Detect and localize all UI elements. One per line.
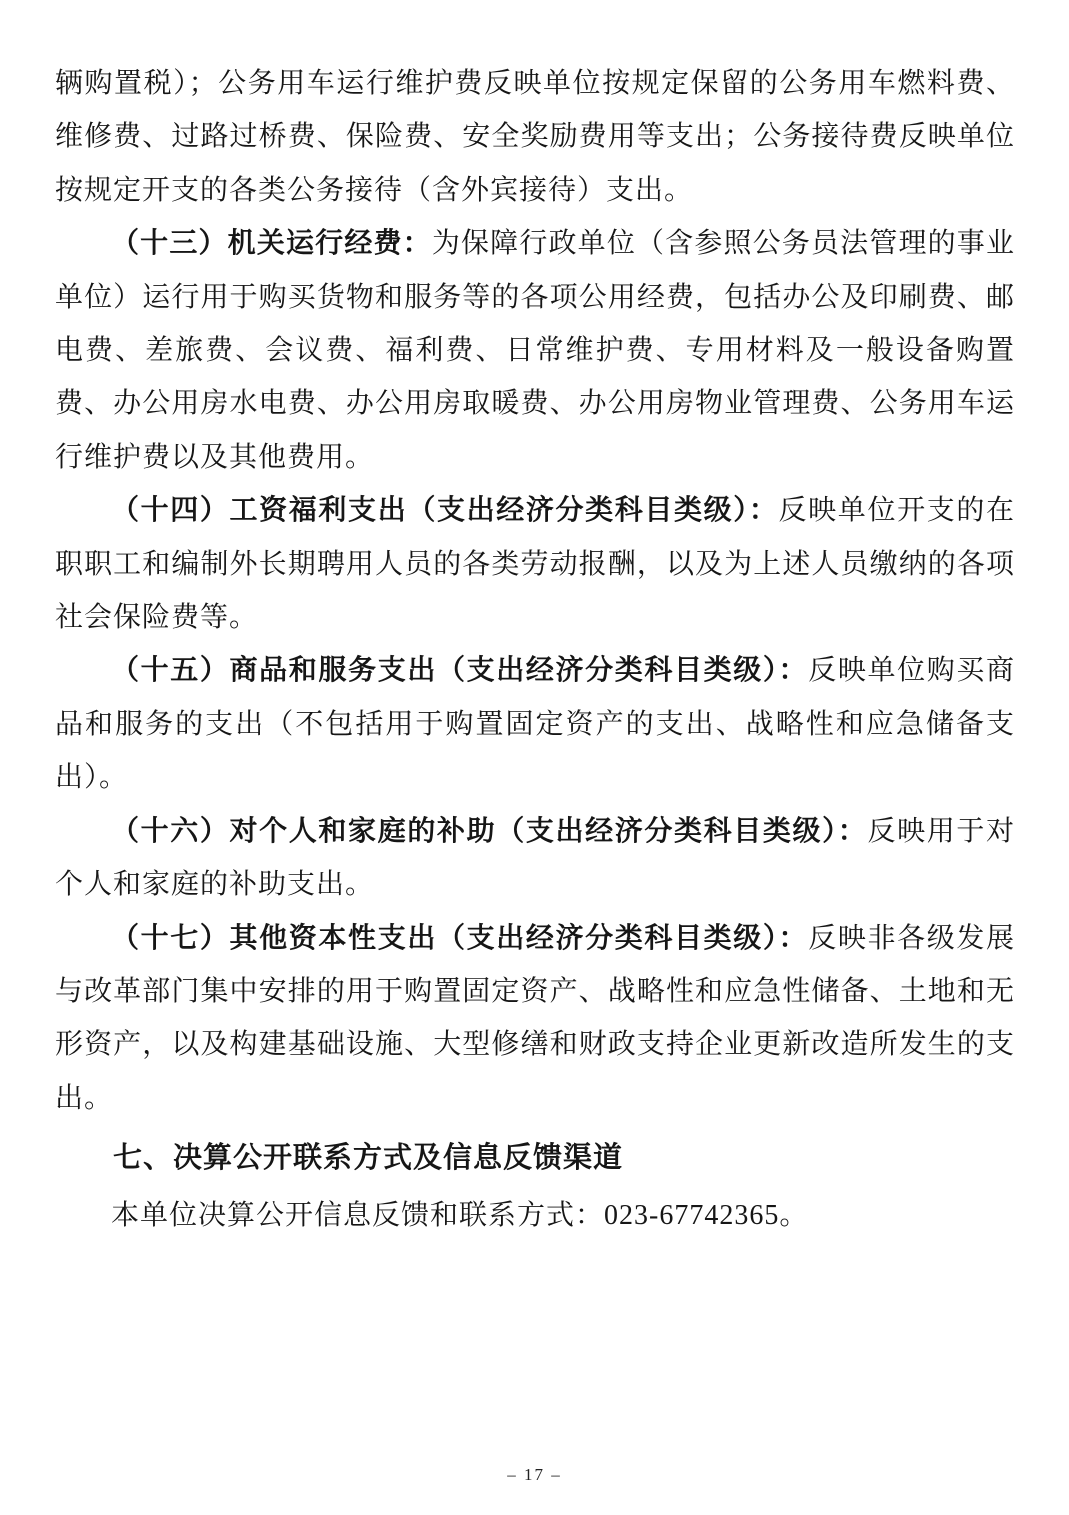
paragraph: （十六）对个人和家庭的补助（支出经济分类科目类级）：反映用于对个人和家庭的补助支…	[55, 805, 1015, 912]
paragraph: （十三）机关运行经费：为保障行政单位（含参照公务员法管理的事业单位）运行用于购买…	[55, 217, 1015, 484]
paragraph-text: 辆购置税）；公务用车运行维护费反映单位按规定保留的公务用车燃料费、维修费、过路过…	[55, 68, 1015, 206]
paragraph: 辆购置税）；公务用车运行维护费反映单位按规定保留的公务用车燃料费、维修费、过路过…	[55, 57, 1015, 217]
paragraph-text: 本单位决算公开信息反馈和联系方式：023-67742365。	[111, 1200, 808, 1231]
paragraph-lead: （十五）商品和服务支出（支出经济分类科目类级）：	[111, 655, 808, 686]
paragraph: （十五）商品和服务支出（支出经济分类科目类级）：反映单位购买商品和服务的支出（不…	[55, 644, 1015, 804]
section-heading: 七、决算公开联系方式及信息反馈渠道	[55, 1129, 1015, 1187]
paragraph-lead: （十七）其他资本性支出（支出经济分类科目类级）：	[111, 923, 808, 954]
paragraph: （十四）工资福利支出（支出经济分类科目类级）：反映单位开支的在职职工和编制外长期…	[55, 484, 1015, 644]
document-page: 辆购置税）；公务用车运行维护费反映单位按规定保留的公务用车燃料费、维修费、过路过…	[0, 0, 1069, 1515]
page-number: – 17 –	[0, 1465, 1069, 1485]
paragraph: （十七）其他资本性支出（支出经济分类科目类级）：反映非各级发展与改革部门集中安排…	[55, 912, 1015, 1126]
paragraph-lead: （十六）对个人和家庭的补助（支出经济分类科目类级）：	[111, 816, 867, 847]
paragraph-lead: （十四）工资福利支出（支出经济分类科目类级）：	[111, 495, 779, 526]
paragraph-text: 为保障行政单位（含参照公务员法管理的事业单位）运行用于购买货物和服务等的各项公用…	[55, 228, 1015, 473]
paragraph-text: 七、决算公开联系方式及信息反馈渠道	[113, 1142, 623, 1174]
paragraph: 本单位决算公开信息反馈和联系方式：023-67742365。	[55, 1187, 1015, 1244]
document-body: 辆购置税）；公务用车运行维护费反映单位按规定保留的公务用车燃料费、维修费、过路过…	[55, 57, 1015, 1244]
paragraph-lead: （十三）机关运行经费：	[111, 228, 432, 259]
